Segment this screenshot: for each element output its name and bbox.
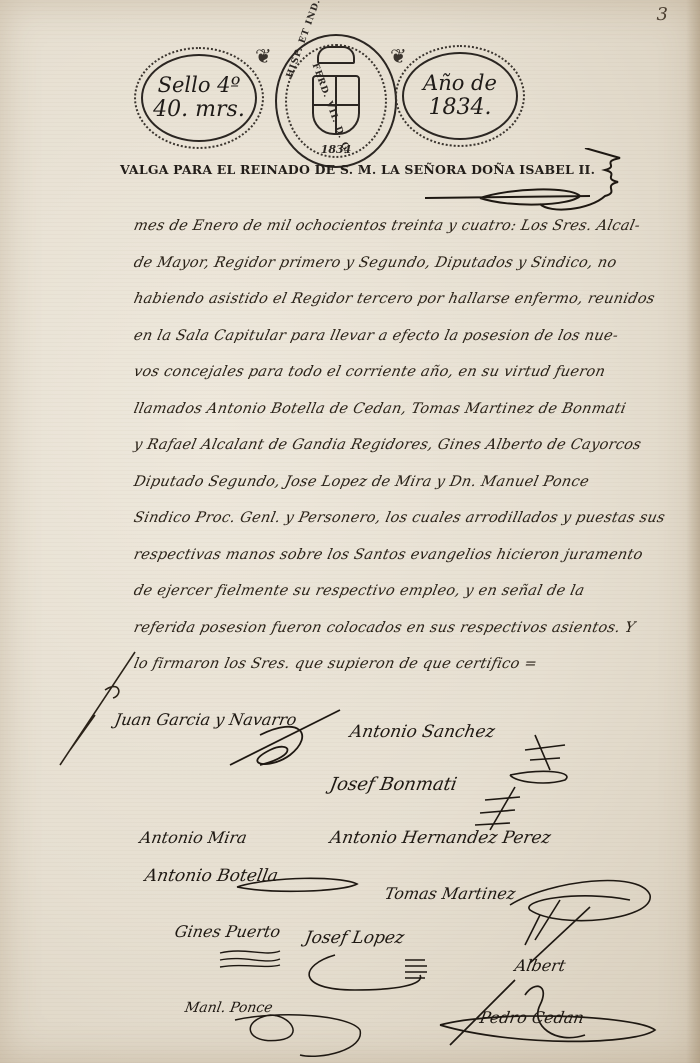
stamp-year-label: Año de bbox=[423, 71, 497, 95]
signature: Antonio Sanchez bbox=[348, 722, 496, 742]
stamp-sello-label: Sello 4º bbox=[158, 73, 241, 97]
body-line: respectivas manos sobre los Santos evang… bbox=[130, 537, 700, 574]
body-line: lo firmaron los Sres. que supieron de qu… bbox=[130, 646, 700, 683]
stamp-year-value: 1834. bbox=[429, 95, 492, 121]
stamp-oval-year: Año de 1834. bbox=[402, 52, 518, 140]
laurel-icon: ❦ bbox=[255, 44, 272, 68]
signature: Manl. Ponce bbox=[184, 1000, 274, 1016]
royal-seal: HISP. ET IND. R. FERD. VII. D. G. 1834 bbox=[275, 34, 397, 168]
crown-icon bbox=[317, 46, 355, 64]
laurel-icon: ❦ bbox=[390, 44, 407, 68]
rubric-icon bbox=[215, 945, 285, 970]
rubric-icon bbox=[505, 730, 585, 790]
body-line: Sindico Proc. Genl. y Personero, los cua… bbox=[130, 500, 700, 537]
signature: Josef Bonmati bbox=[328, 774, 458, 795]
folio-number: 3 bbox=[657, 4, 668, 25]
signature: Gines Puerto bbox=[173, 922, 282, 941]
body-line: de Mayor, Regidor primero y Segundo, Dip… bbox=[130, 245, 700, 282]
body-line: vos concejales para todo el corriente añ… bbox=[130, 354, 700, 391]
stamp-sello-value: 40. mrs. bbox=[153, 97, 245, 123]
body-line: de ejercer fielmente su respectivo emple… bbox=[130, 573, 700, 610]
signature: Albert bbox=[513, 956, 567, 975]
seal-year: 1834 bbox=[277, 143, 395, 156]
body-line: en la Sala Capitular para llevar a efect… bbox=[130, 318, 700, 355]
body-line: llamados Antonio Botella de Cedan, Tomas… bbox=[130, 391, 700, 428]
signature: Juan Garcia y Navarro bbox=[113, 710, 298, 729]
body-line: habiendo asistido el Regidor tercero por… bbox=[130, 281, 700, 318]
signature: Antonio Botella bbox=[143, 866, 279, 886]
rubric-icon bbox=[295, 950, 435, 1000]
body-line: Diputado Segundo, Jose Lopez de Mira y D… bbox=[130, 464, 700, 501]
body-line: mes de Enero de mil ochocientos treinta … bbox=[130, 208, 700, 245]
body-line: y Rafael Alcalant de Gandia Regidores, G… bbox=[130, 427, 700, 464]
manuscript-body: mes de Enero de mil ochocientos treinta … bbox=[130, 208, 695, 683]
rubric-icon bbox=[500, 860, 660, 950]
signature: Tomas Martinez bbox=[383, 884, 517, 903]
signature: Josef Lopez bbox=[303, 928, 405, 948]
manuscript-page: 3 Sello 4º 40. mrs. ❦ HISP. ET IND. R. F… bbox=[0, 0, 700, 1063]
seal-legend-left: HISP. ET IND. R. bbox=[285, 0, 329, 79]
stamp-oval-sello: Sello 4º 40. mrs. bbox=[141, 54, 257, 142]
signature: Pedro Cedan bbox=[478, 1008, 585, 1027]
signature: Antonio Hernandez Perez bbox=[328, 828, 552, 848]
body-line: referida posesion fueron colocados en su… bbox=[130, 610, 700, 647]
signature: Antonio Mira bbox=[138, 828, 248, 847]
